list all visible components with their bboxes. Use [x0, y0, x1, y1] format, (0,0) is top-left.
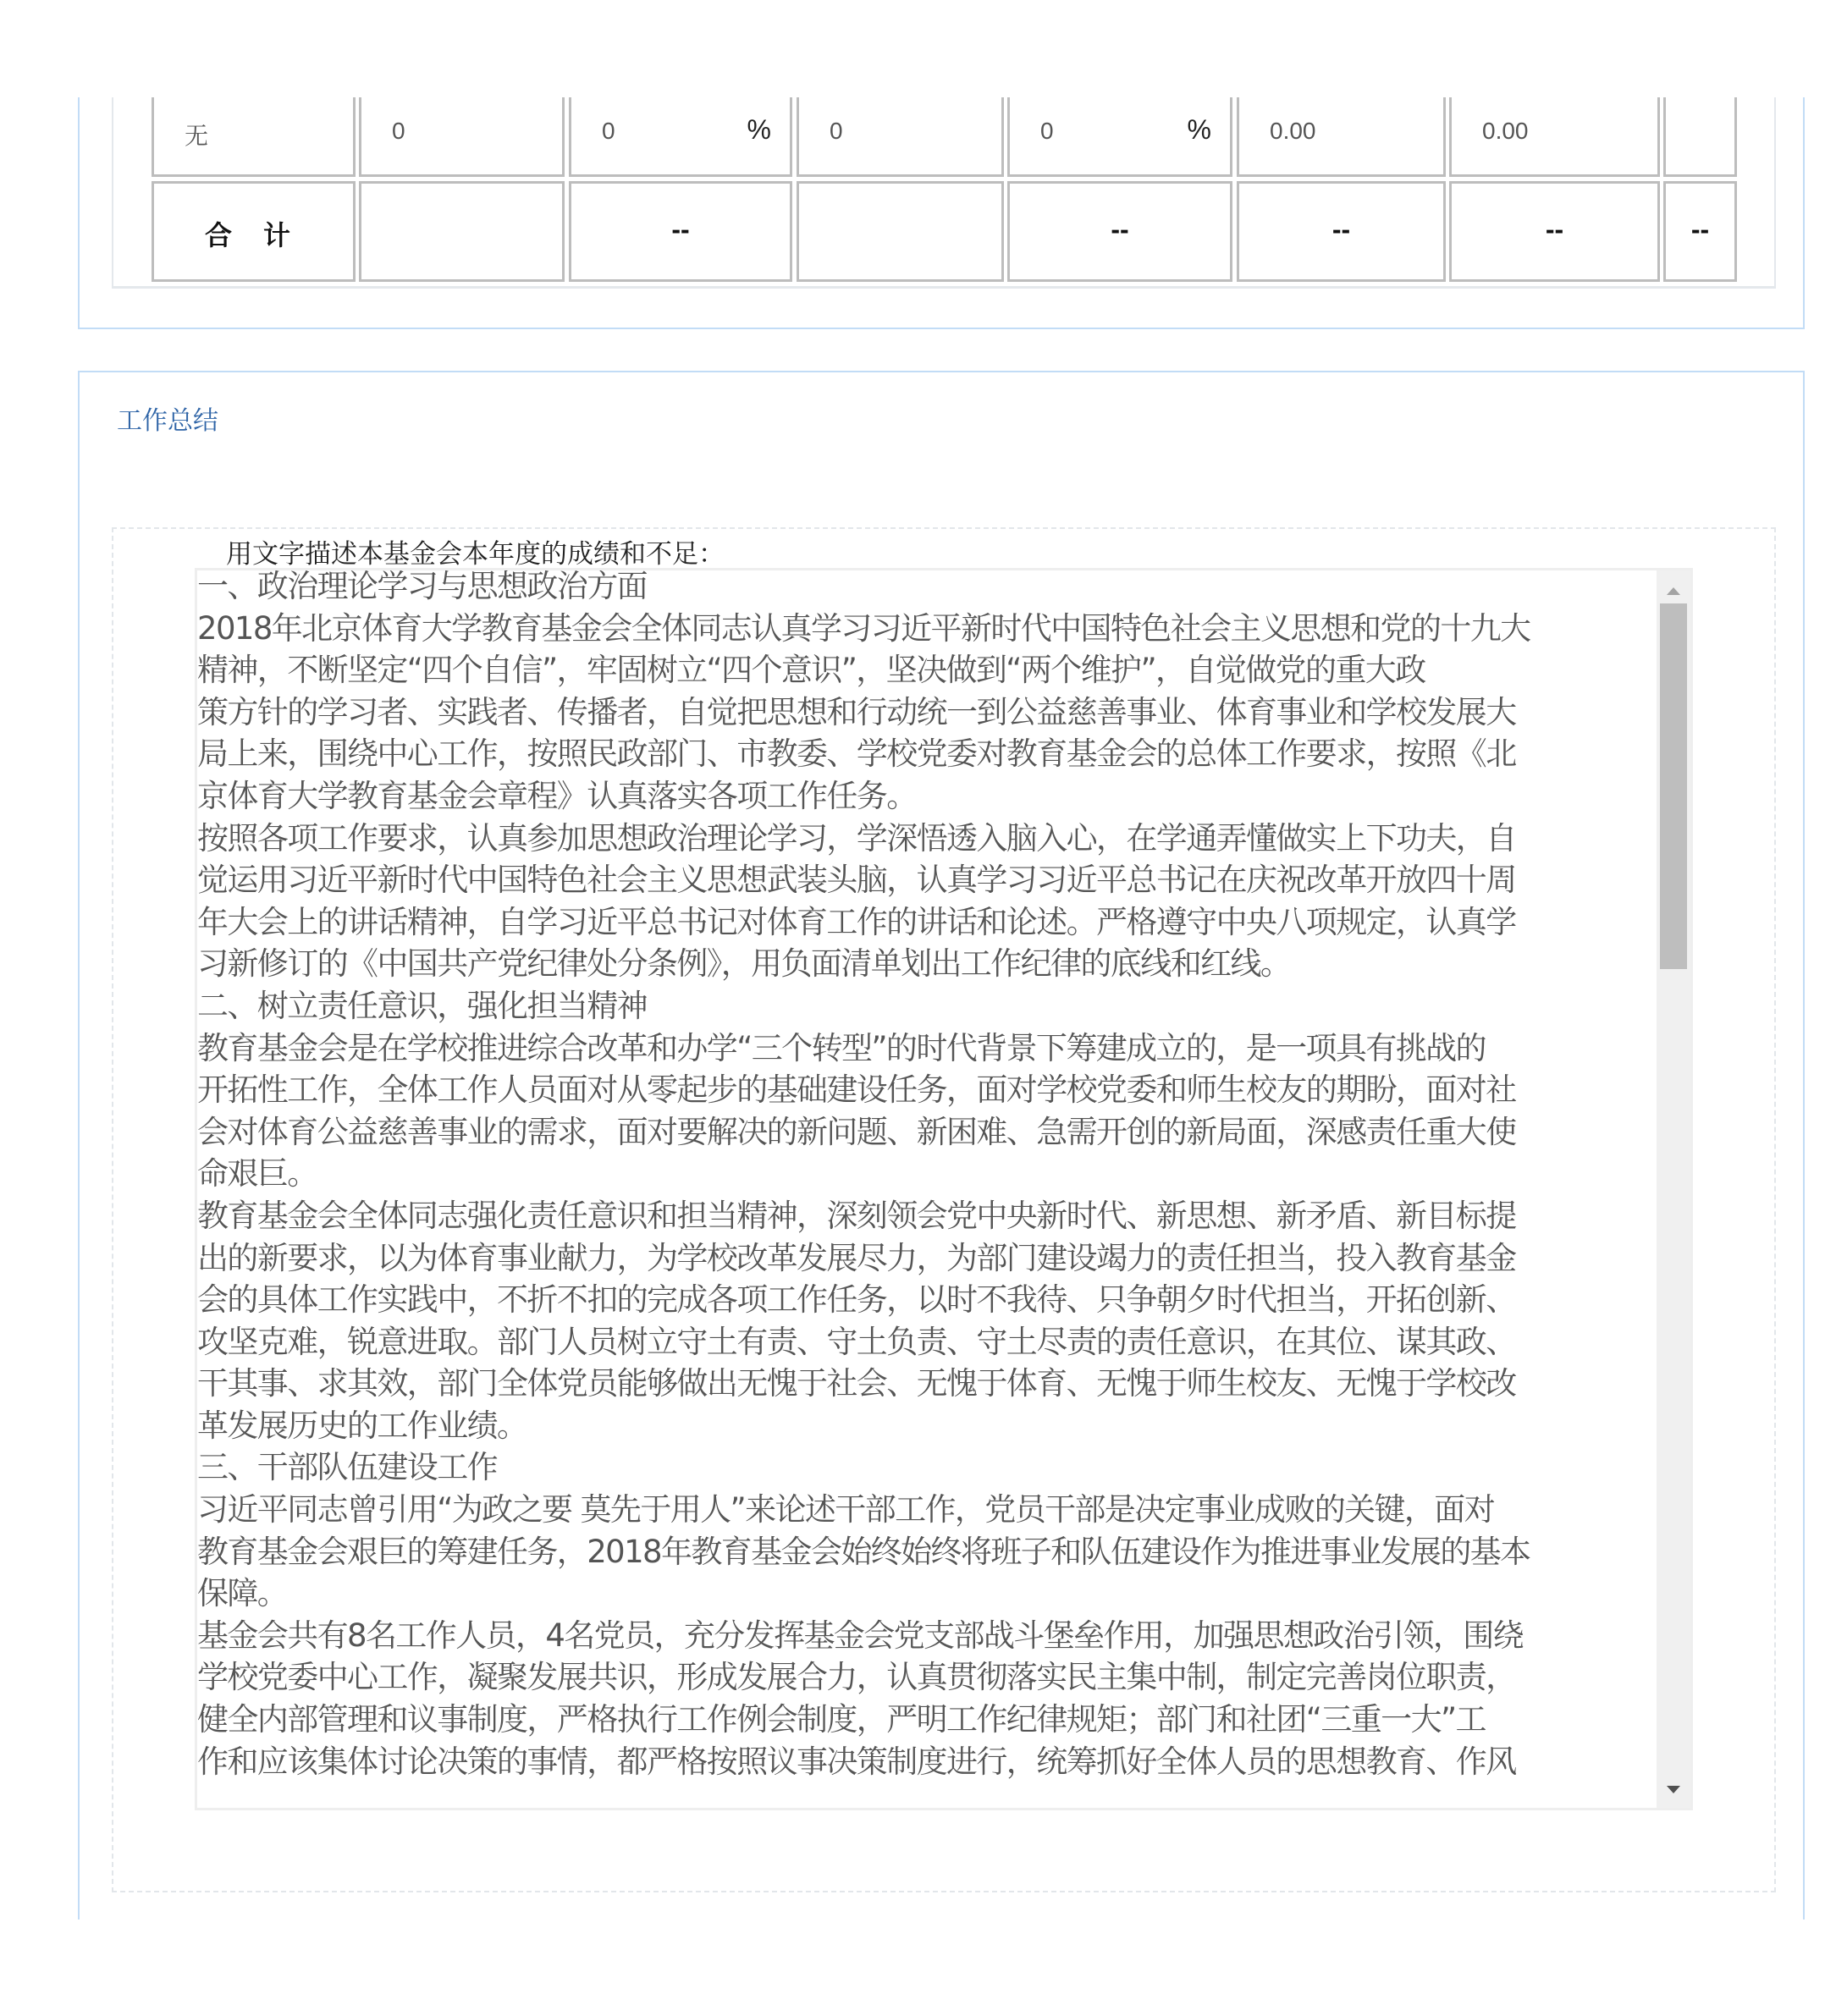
- textarea-line: 攻坚克难，锐意进取。部门人员树立守土有责、守土负责、守土尽责的责任意识，在其位、…: [197, 1321, 1645, 1363]
- percent-unit: %: [747, 114, 771, 146]
- textarea-line: 习新修订的《中国共产党纪律处分条例》，用负面清单划出工作纪律的底线和红线。: [197, 943, 1645, 985]
- textarea-line: 2018年北京体育大学教育基金会全体同志认真学习习近平新时代中国特色社会主义思想…: [197, 608, 1645, 650]
- textarea-line: 保障。: [197, 1573, 1645, 1615]
- table-container: 无 0 0 % 0 0 % 0.00 0.00 合 计: [112, 97, 1776, 289]
- textarea-line: 作和应该集体讨论决策的事情，都严格按照议事决策制度进行，统筹抓好全体人员的思想教…: [197, 1741, 1645, 1783]
- textarea-line: 出的新要求，以为体育事业献力，为学校改革发展尽力，为部门建设竭力的责任担当，投入…: [197, 1237, 1645, 1280]
- table-cell-name: 无: [152, 97, 356, 177]
- scrollbar-thumb[interactable]: [1660, 603, 1687, 969]
- total-cell-col4: [797, 181, 1004, 282]
- table-cell-col7: 0.00: [1449, 97, 1660, 177]
- textarea-line: 精神，不断坚定“四个自信”，牢固树立“四个意识”，坚决做到“两个维护”，自觉做党…: [197, 649, 1645, 691]
- textarea-line: 开拓性工作，全体工作人员面对从零起步的基础建设任务，面对学校党委和师生校友的期盼…: [197, 1069, 1645, 1111]
- textarea-line: 会对体育公益慈善事业的需求，面对要解决的新问题、新困难、急需开创的新局面，深感责…: [197, 1111, 1645, 1154]
- textarea-line: 觉运用习近平新时代中国特色社会主义思想武装头脑，认真学习习近平总书记在庆祝改革开…: [197, 859, 1645, 901]
- textarea-line: 革发展历史的工作业绩。: [197, 1405, 1645, 1447]
- summary-textarea[interactable]: 一、政治理论学习与思想政治方面2018年北京体育大学教育基金会全体同志认真学习习…: [195, 568, 1693, 1810]
- textarea-line: 学校党委中心工作，凝聚发展共识，形成发展合力，认真贯彻落实民主集中制，制定完善岗…: [197, 1656, 1645, 1699]
- table-cell-col4[interactable]: 0: [797, 97, 1004, 177]
- textarea-line: 按照各项工作要求，认真参加思想政治理论学习，学深悟透入脑入心，在学通弄懂做实上下…: [197, 818, 1645, 860]
- summary-textarea-text[interactable]: 一、政治理论学习与思想政治方面2018年北京体育大学教育基金会全体同志认真学习习…: [197, 568, 1645, 1782]
- textarea-line: 会的具体工作实践中，不折不扣的完成各项工作任务，以时不我待、只争朝夕时代担当，开…: [197, 1279, 1645, 1321]
- total-col3: --: [571, 214, 790, 245]
- table-cell-col2[interactable]: 0: [359, 97, 565, 177]
- total-cell-col8: --: [1663, 181, 1737, 282]
- col4-value: 0: [830, 118, 843, 145]
- table-cell-col8: [1663, 97, 1737, 177]
- total-label-cell: 合 计: [152, 181, 356, 282]
- textarea-line: 教育基金会艰巨的筹建任务，2018年教育基金会始终始终将班子和队伍建设作为推进事…: [197, 1531, 1645, 1573]
- col6-value: 0.00: [1270, 118, 1316, 145]
- total-col8: --: [1666, 214, 1734, 245]
- textarea-line: 一、政治理论学习与思想政治方面: [197, 568, 1645, 608]
- total-cell-col7: --: [1449, 181, 1660, 282]
- total-cell-col6: --: [1237, 181, 1446, 282]
- textarea-line: 京体育大学教育基金会章程》认真落实各项工作任务。: [197, 775, 1645, 818]
- panel-title: 工作总结: [117, 399, 218, 437]
- textarea-line: 三、干部队伍建设工作: [197, 1446, 1645, 1489]
- textarea-line: 策方针的学习者、实践者、传播者，自觉把思想和行动统一到公益慈善事业、体育事业和学…: [197, 691, 1645, 734]
- summary-prompt-label: 用文字描述本基金会本年度的成绩和不足：: [226, 532, 725, 570]
- percent-unit: %: [1188, 114, 1211, 146]
- funds-table-panel: 无 0 0 % 0 0 % 0.00 0.00 合 计: [78, 97, 1805, 329]
- table-cell-col3[interactable]: 0 %: [569, 97, 792, 177]
- total-col7: --: [1452, 214, 1657, 245]
- summary-form-area: 用文字描述本基金会本年度的成绩和不足： 一、政治理论学习与思想政治方面2018年…: [112, 527, 1776, 1892]
- total-cell-col5: --: [1007, 181, 1232, 282]
- textarea-line: 干其事、求其效，部门全体党员能够做出无愧于社会、无愧于体育、无愧于师生校友、无愧…: [197, 1363, 1645, 1405]
- table-cell-col6: 0.00: [1237, 97, 1446, 177]
- total-col5: --: [1010, 214, 1230, 245]
- work-summary-panel: 工作总结 用文字描述本基金会本年度的成绩和不足： 一、政治理论学习与思想政治方面…: [78, 371, 1805, 1920]
- col7-value: 0.00: [1482, 118, 1529, 145]
- row-name: 无: [185, 118, 208, 151]
- textarea-line: 健全内部管理和议事制度，严格执行工作例会制度，严明工作纪律规矩；部门和社团“三重…: [197, 1699, 1645, 1741]
- textarea-line: 命艰巨。: [197, 1153, 1645, 1195]
- total-col6: --: [1239, 214, 1443, 245]
- total-cell-col3: --: [569, 181, 792, 282]
- col3-value: 0: [602, 118, 615, 145]
- table-cell-col5[interactable]: 0 %: [1007, 97, 1232, 177]
- total-cell-col2: [359, 181, 565, 282]
- textarea-line: 教育基金会是在学校推进综合改革和办学“三个转型”的时代背景下筹建成立的，是一项具…: [197, 1027, 1645, 1070]
- textarea-line: 年大会上的讲话精神，自学习近平总书记对体育工作的讲话和论述。严格遵守中央八项规定…: [197, 901, 1645, 944]
- col2-value: 0: [392, 118, 405, 145]
- textarea-line: 二、树立责任意识，强化担当精神: [197, 985, 1645, 1027]
- textarea-line: 习近平同志曾引用“为政之要 莫先于用人”来论述干部工作，党员干部是决定事业成败的…: [197, 1489, 1645, 1531]
- textarea-line: 教育基金会全体同志强化责任意识和担当精神，深刻领会党中央新时代、新思想、新矛盾、…: [197, 1195, 1645, 1237]
- textarea-scrollbar[interactable]: [1657, 570, 1690, 1808]
- total-label: 合 计: [154, 214, 353, 253]
- triangle-down-icon[interactable]: [1657, 1776, 1690, 1804]
- textarea-line: 基金会共有8名工作人员，4名党员，充分发挥基金会党支部战斗堡垒作用，加强思想政治…: [197, 1615, 1645, 1657]
- col5-value: 0: [1040, 118, 1054, 145]
- textarea-line: 局上来，围绕中心工作，按照民政部门、市教委、学校党委对教育基金会的总体工作要求，…: [197, 733, 1645, 775]
